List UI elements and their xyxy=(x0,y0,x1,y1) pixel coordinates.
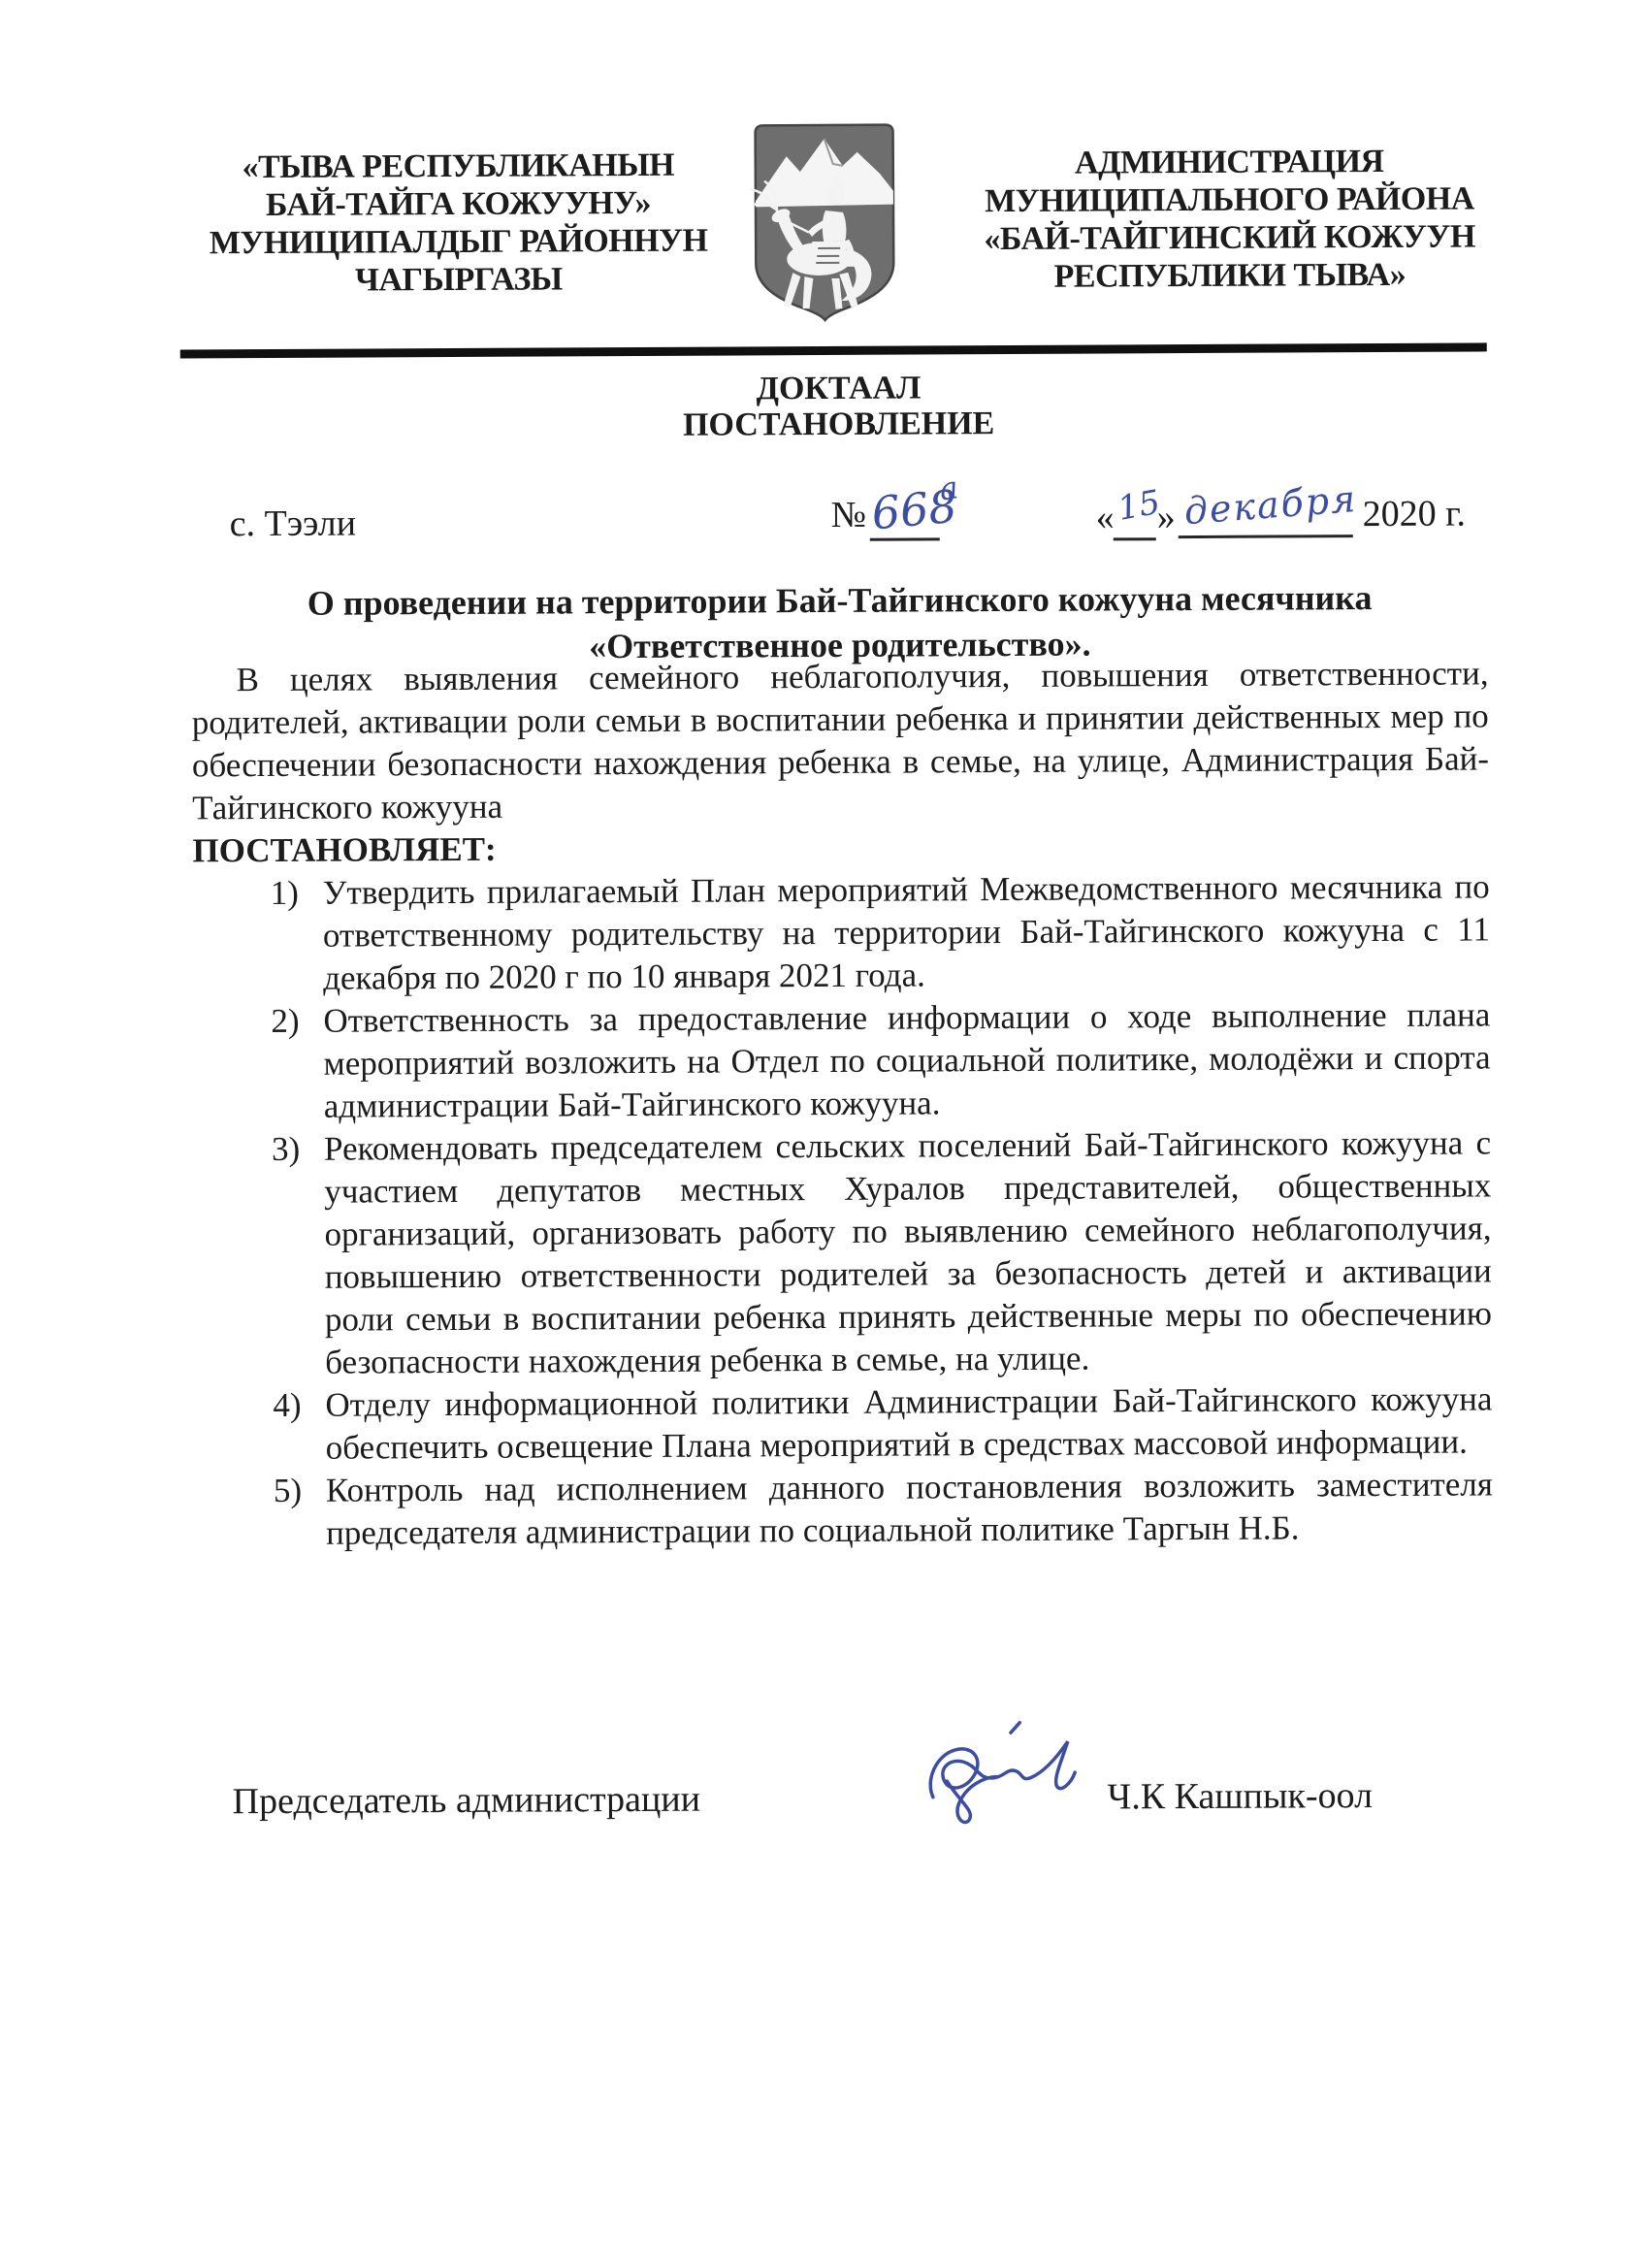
letterhead-line: МУНИЦИПАЛЬНОГО РАЙОНА xyxy=(965,179,1494,220)
quote-open: « xyxy=(1096,496,1115,538)
resolution-item: 4) Отделу информационной политики Админи… xyxy=(195,1377,1492,1470)
item-number: 4) xyxy=(273,1384,301,1427)
item-number: 5) xyxy=(274,1470,302,1512)
letterhead-line: БАЙ-ТАЙГА КОЖУУНУ» xyxy=(194,184,723,225)
item-text: Ответственность за предоставление информ… xyxy=(323,993,1491,1127)
letterhead-divider-rule xyxy=(180,342,1487,358)
number-date-row: с. Тээли № 668 a « 15 » декабря 2020 г. xyxy=(190,476,1488,580)
item-text: Отделу информационной политики Администр… xyxy=(325,1377,1492,1469)
title-line: О проведении на территории Бай-Тайгинско… xyxy=(191,574,1488,626)
signature-scribble-icon xyxy=(922,1716,1083,1833)
signer-name: Ч.К Кашпык-оол xyxy=(1107,1774,1373,1818)
letterhead-russian-block: АДМИНИСТРАЦИЯ МУНИЦИПАЛЬНОГО РАЙОНА «БАЙ… xyxy=(965,142,1495,296)
coat-of-arms-icon xyxy=(742,120,908,325)
letterhead-line: АДМИНИСТРАЦИЯ xyxy=(965,142,1494,182)
number-label: № xyxy=(831,494,866,536)
place-name: с. Тээли xyxy=(230,502,357,546)
item-number: 2) xyxy=(271,1000,299,1043)
document-type-heading: ДОКТААЛ ПОСТАНОВЛЕНИЕ xyxy=(190,367,1487,445)
year-label: 2020 г. xyxy=(1363,493,1467,536)
handwritten-month: декабря xyxy=(1182,477,1358,533)
signature-row: Председатель администрации Ч.К Кашпык-оо… xyxy=(197,1764,1495,1906)
preamble-paragraph: В целях выявления семейного неблагополуч… xyxy=(191,652,1489,829)
month-blank-line xyxy=(1179,535,1353,538)
resolution-items: 1) Утвердить прилагаемый План мероприяти… xyxy=(193,865,1494,1555)
item-text: Рекомендовать председателем сельских пос… xyxy=(324,1121,1492,1383)
item-text: Контроль над исполнением данного постано… xyxy=(326,1463,1493,1554)
resolves-keyword: ПОСТАНОВЛЯЕТ: xyxy=(192,823,1489,872)
letterhead-line: «БАЙ-ТАЙГИНСКИЙ КОЖУУН xyxy=(965,217,1494,258)
day-blank-line xyxy=(1114,537,1156,540)
letterhead-line: РЕСПУБЛИКИ ТЫВА» xyxy=(965,255,1494,296)
letterhead-tuvan-block: «ТЫВА РЕСПУБЛИКАНЫН БАЙ-ТАЙГА КОЖУУНУ» М… xyxy=(194,146,724,301)
document-sheet: «ТЫВА РЕСПУБЛИКАНЫН БАЙ-ТАЙГА КОЖУУНУ» М… xyxy=(0,0,1649,2268)
doc-type-russian: ПОСТАНОВЛЕНИЕ xyxy=(190,403,1487,445)
resolution-body: В целях выявления семейного неблагополуч… xyxy=(191,652,1493,1555)
resolution-item: 2) Ответственность за предоставление инф… xyxy=(193,993,1491,1128)
letterhead-line: МУНИЦИПАЛДЫГ РАЙОННУН xyxy=(194,222,723,263)
handwritten-number-suffix: a xyxy=(937,469,960,507)
resolution-item: 3) Рекомендовать председателем сельских … xyxy=(194,1121,1492,1384)
letterhead-line: ЧАГЫРГАЗЫ xyxy=(194,260,723,301)
signer-position: Председатель администрации xyxy=(232,1778,700,1824)
letterhead-line: «ТЫВА РЕСПУБЛИКАНЫН xyxy=(194,146,723,187)
item-number: 1) xyxy=(271,872,299,915)
resolution-item: 5) Контроль над исполнением данного пост… xyxy=(196,1463,1493,1555)
item-text: Утвердить прилагаемый План мероприятий М… xyxy=(323,865,1491,999)
resolution-item: 1) Утвердить прилагаемый План мероприяти… xyxy=(193,865,1491,1000)
scanned-resolution-document: «ТЫВА РЕСПУБЛИКАНЫН БАЙ-ТАЙГА КОЖУУНУ» М… xyxy=(0,0,1649,2268)
quote-close: » xyxy=(1157,496,1176,538)
item-number: 3) xyxy=(272,1128,300,1171)
